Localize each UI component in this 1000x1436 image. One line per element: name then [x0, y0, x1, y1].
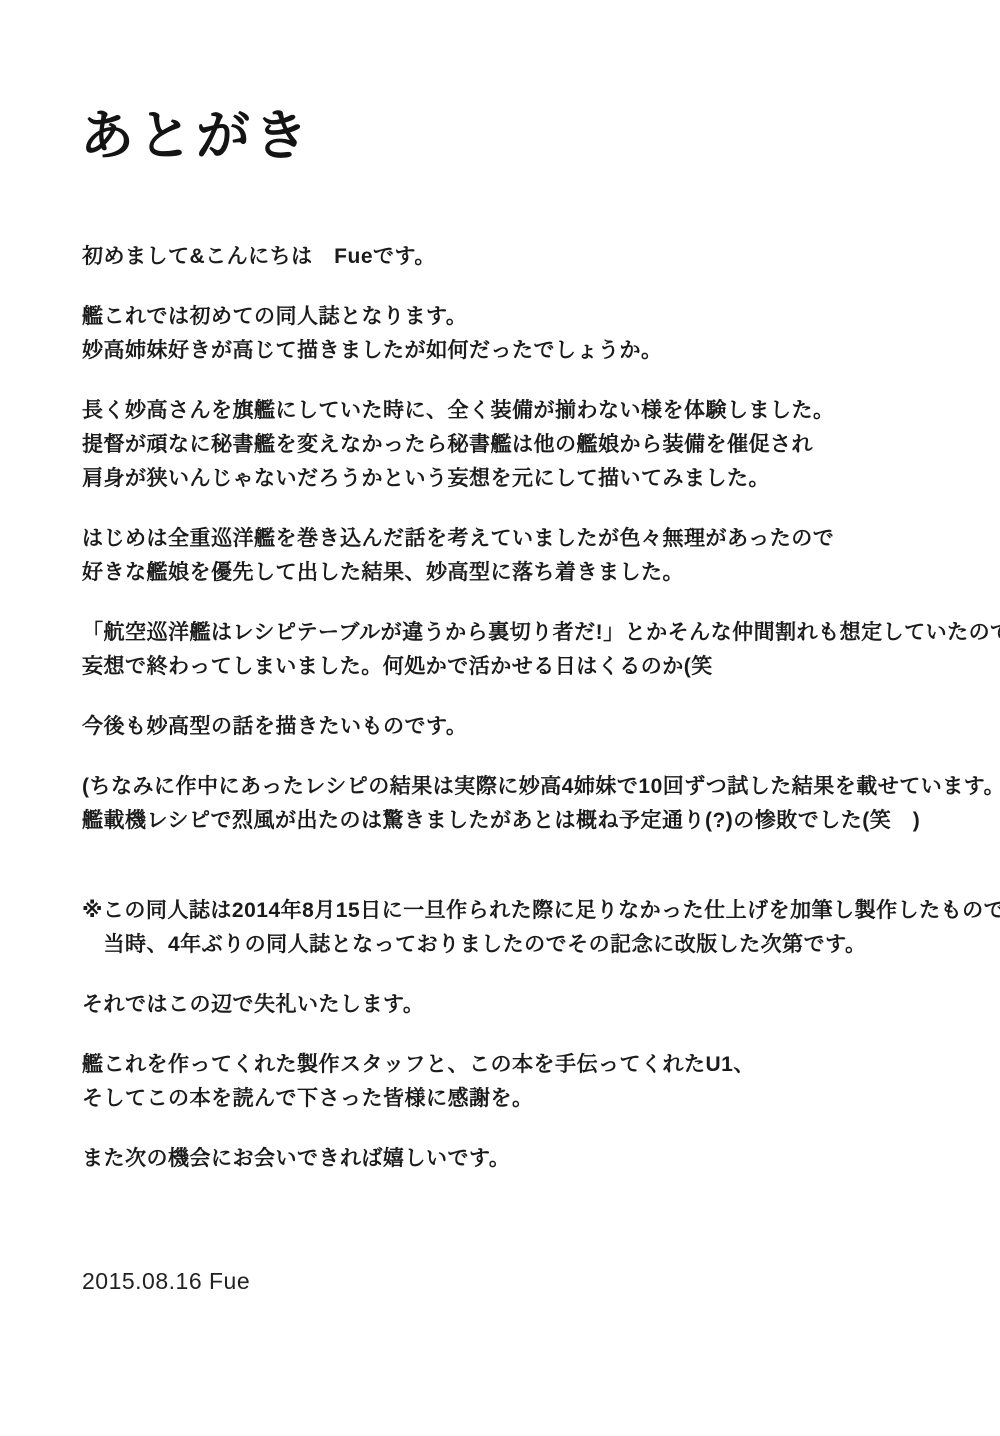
page-title: あとがき	[80, 100, 960, 170]
paragraph-recipe-results: (ちなみに作中にあったレシピの結果は実際に妙高4姉妹で10回ずつ試した結果を載せ…	[82, 770, 960, 838]
text-line: 「航空巡洋艦はレシピテーブルが違うから裏切り者だ!」とかそんな仲間割れも想定して…	[82, 616, 960, 650]
text-line: 艦これを作ってくれた製作スタッフと、この本を手伝ってくれたU1、	[82, 1048, 960, 1082]
text-line: 妄想で終わってしまいました。何処かで活かせる日はくるのか(笑	[82, 650, 960, 684]
text-line: 妙高姉妹好きが高じて描きましたが如何だったでしょうか。	[82, 334, 960, 368]
text-line: 当時、4年ぶりの同人誌となっておりましたのでその記念に改版した次第です。	[82, 928, 960, 962]
text-line: それではこの辺で失礼いたします。	[82, 988, 960, 1022]
text-line: (ちなみに作中にあったレシピの結果は実際に妙高4姉妹で10回ずつ試した結果を載せ…	[82, 770, 960, 804]
text-line: また次の機会にお会いできれば嬉しいです。	[82, 1142, 960, 1176]
text-line: 好きな艦娘を優先して出した結果、妙高型に落ち着きました。	[82, 556, 960, 590]
signature-date: 2015.08.16 Fue	[82, 1268, 960, 1295]
text-line: そしてこの本を読んで下さった皆様に感謝を。	[82, 1082, 960, 1116]
text-line: はじめは全重巡洋艦を巻き込んだ話を考えていましたが色々無理があったので	[82, 522, 960, 556]
paragraph-future-stories: 今後も妙高型の話を描きたいものです。	[82, 710, 960, 744]
afterword-page: あとがき 初めまして&こんにちは Fueです。 艦これでは初めての同人誌となりま…	[0, 0, 1000, 1436]
paragraph-flagship-story: 長く妙高さんを旗艦にしていた時に、全く装備が揃わない様を体験しました。 提督が頑…	[82, 394, 960, 496]
text-line: 長く妙高さんを旗艦にしていた時に、全く装備が揃わない様を体験しました。	[82, 394, 960, 428]
text-line: 肩身が狭いんじゃないだろうかという妄想を元にして描いてみました。	[82, 462, 960, 496]
text-line: 初めまして&こんにちは Fueです。	[82, 240, 960, 274]
text-line: ※この同人誌は2014年8月15日に一旦作られた際に足りなかった仕上げを加筆し製…	[82, 894, 960, 928]
paragraph-greeting: 初めまして&こんにちは Fueです。	[82, 240, 960, 274]
paragraph-heavy-cruisers: はじめは全重巡洋艦を巻き込んだ話を考えていましたが色々無理があったので 好きな艦…	[82, 522, 960, 590]
page-content: あとがき 初めまして&こんにちは Fueです。 艦これでは初めての同人誌となりま…	[0, 0, 1000, 1295]
body-text: 初めまして&こんにちは Fueです。 艦これでは初めての同人誌となります。 妙高…	[82, 240, 960, 1295]
paragraph-aviation-cruiser: 「航空巡洋艦はレシピテーブルが違うから裏切り者だ!」とかそんな仲間割れも想定して…	[82, 616, 960, 684]
paragraph-first-doujinshi: 艦これでは初めての同人誌となります。 妙高姉妹好きが高じて描きましたが如何だった…	[82, 300, 960, 368]
text-line: 艦載機レシピで烈風が出たのは驚きましたがあとは概ね予定通り(?)の惨敗でした(笑…	[82, 804, 960, 838]
text-line: 提督が頑なに秘書艦を変えなかったら秘書艦は他の艦娘から装備を催促され	[82, 428, 960, 462]
text-line: 今後も妙高型の話を描きたいものです。	[82, 710, 960, 744]
paragraph-closing: それではこの辺で失礼いたします。	[82, 988, 960, 1022]
paragraph-reprint-note: ※この同人誌は2014年8月15日に一旦作られた際に足りなかった仕上げを加筆し製…	[82, 894, 960, 962]
paragraph-thanks: 艦これを作ってくれた製作スタッフと、この本を手伝ってくれたU1、 そしてこの本を…	[82, 1048, 960, 1116]
text-line: 艦これでは初めての同人誌となります。	[82, 300, 960, 334]
paragraph-see-you: また次の機会にお会いできれば嬉しいです。	[82, 1142, 960, 1176]
